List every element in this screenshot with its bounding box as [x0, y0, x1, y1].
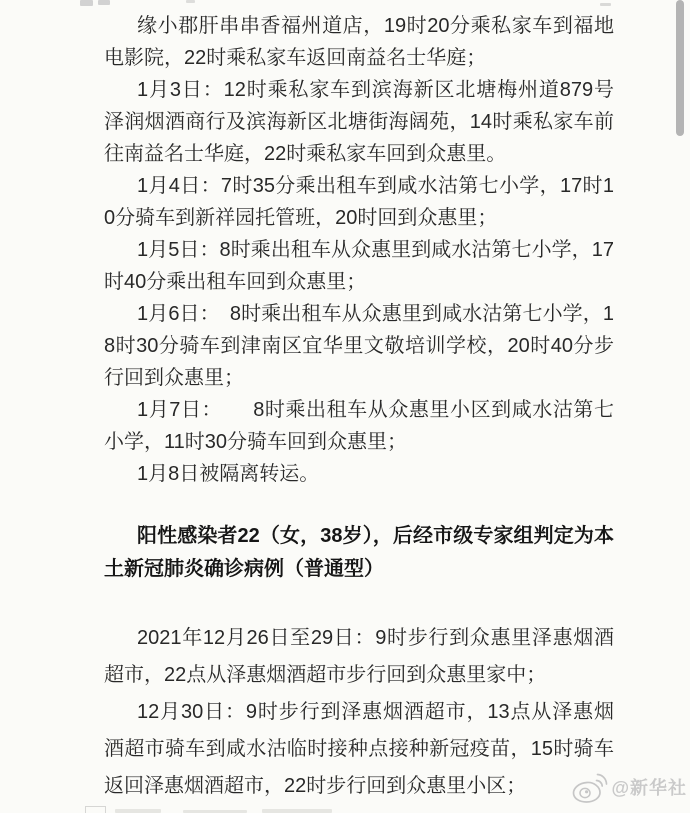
paragraph: 12月30日：9时步行到泽惠烟酒超市，13点从泽惠烟酒超市骑车到咸水沽临时接种点… — [104, 694, 614, 805]
document-section: 缘小郡肝串串香福州道店，19时20分乘私家车到福地电影院，22时乘私家车返回南益… — [104, 10, 614, 490]
watermark: @新华社 — [570, 771, 687, 805]
paragraph: 2021年12月26日至29日：9时步行到众惠里泽惠烟酒超市，22点从泽惠烟酒超… — [104, 620, 614, 694]
paragraph: 1月8日被隔离转运。 — [104, 458, 614, 490]
paragraph: 1月5日：8时乘出租车从众惠里到咸水沽第七小学，17时40分乘出租车回到众惠里； — [104, 234, 614, 298]
paragraph: 1月7日： 8时乘出租车从众惠里小区到咸水沽第七小学，11时30分骑车回到众惠里… — [104, 394, 614, 458]
paragraph: 1月4日：7时35分乘出租车到咸水沽第七小学，17时10分骑车到新祥园托管班，2… — [104, 170, 614, 234]
watermark-handle: @新华社 — [611, 779, 687, 797]
weibo-logo-icon — [570, 771, 608, 805]
scrollbar-thumb[interactable] — [676, 0, 684, 136]
section-heading: 阳性感染者22（女，38岁），后经市级专家组判定为本土新冠肺炎确诊病例（普通型） — [104, 520, 614, 586]
document-section-heading: 阳性感染者22（女，38岁），后经市级专家组判定为本土新冠肺炎确诊病例（普通型） — [104, 520, 614, 586]
paragraph: 1月6日： 8时乘出租车从众惠里到咸水沽第七小学，18时30分骑车到津南区宜华里… — [104, 298, 614, 394]
document-body: 缘小郡肝串串香福州道店，19时20分乘私家车到福地电影院，22时乘私家车返回南益… — [0, 0, 690, 813]
paragraph: 1月3日：12时乘私家车到滨海新区北塘梅州道879号泽润烟酒商行及滨海新区北塘街… — [104, 74, 614, 170]
paragraph: 缘小郡肝串串香福州道店，19时20分乘私家车到福地电影院，22时乘私家车返回南益… — [104, 10, 614, 74]
document-section: 2021年12月26日至29日：9时步行到众惠里泽惠烟酒超市，22点从泽惠烟酒超… — [104, 620, 614, 805]
